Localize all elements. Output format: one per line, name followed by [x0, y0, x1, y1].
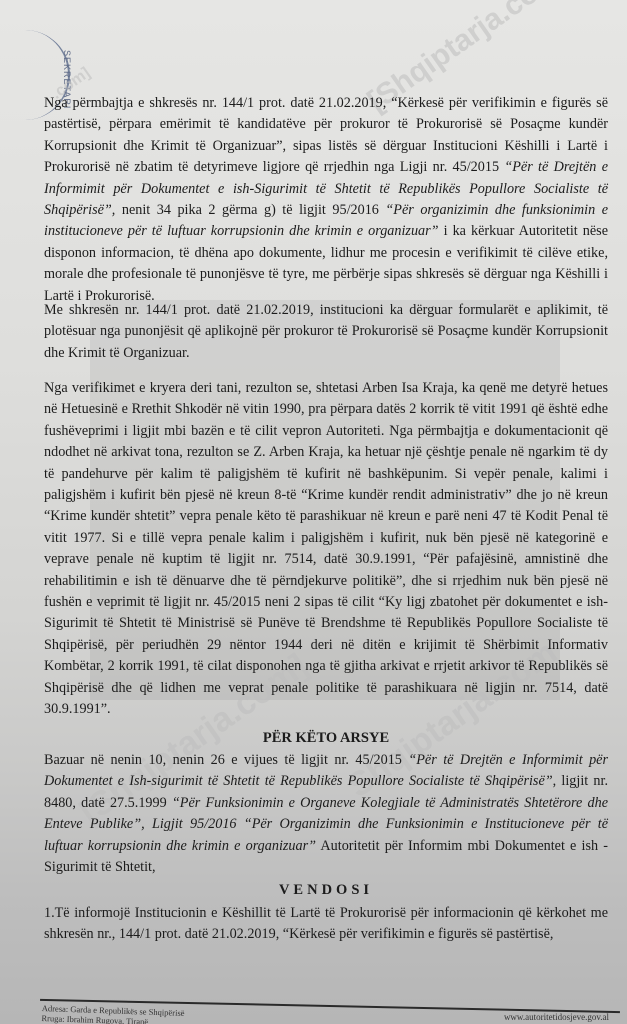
section-heading-decision: VENDOSI [44, 882, 608, 899]
section-heading-reasons: PËR KËTO ARSYE [44, 730, 608, 747]
text: Bazuar në nenin 10, nenin 26 e vijues të… [44, 752, 408, 768]
footer-address: Adresa: Garda e Republikës se Shqipërisë… [41, 1003, 184, 1024]
paragraph-verification-result: Nga verifikimet e kryera deri tani, rezu… [44, 378, 608, 721]
paragraph-forms-sent: Me shkresën nr. 144/1 prot. datë 21.02.2… [44, 300, 608, 364]
text: nenit 34 pika 2 gërma g) të ligjit 95/20… [115, 202, 385, 218]
paragraph-decision-1: 1.Të informojë Institucionin e Këshillit… [44, 903, 608, 946]
footer-website: www.autoritetidosjeve.gov.al [504, 1012, 609, 1022]
paragraph-request-content: Nga përmbajtja e shkresës nr. 144/1 prot… [44, 93, 608, 307]
paragraph-legal-basis: Bazuar në nenin 10, nenin 26 e vijues të… [44, 750, 608, 878]
